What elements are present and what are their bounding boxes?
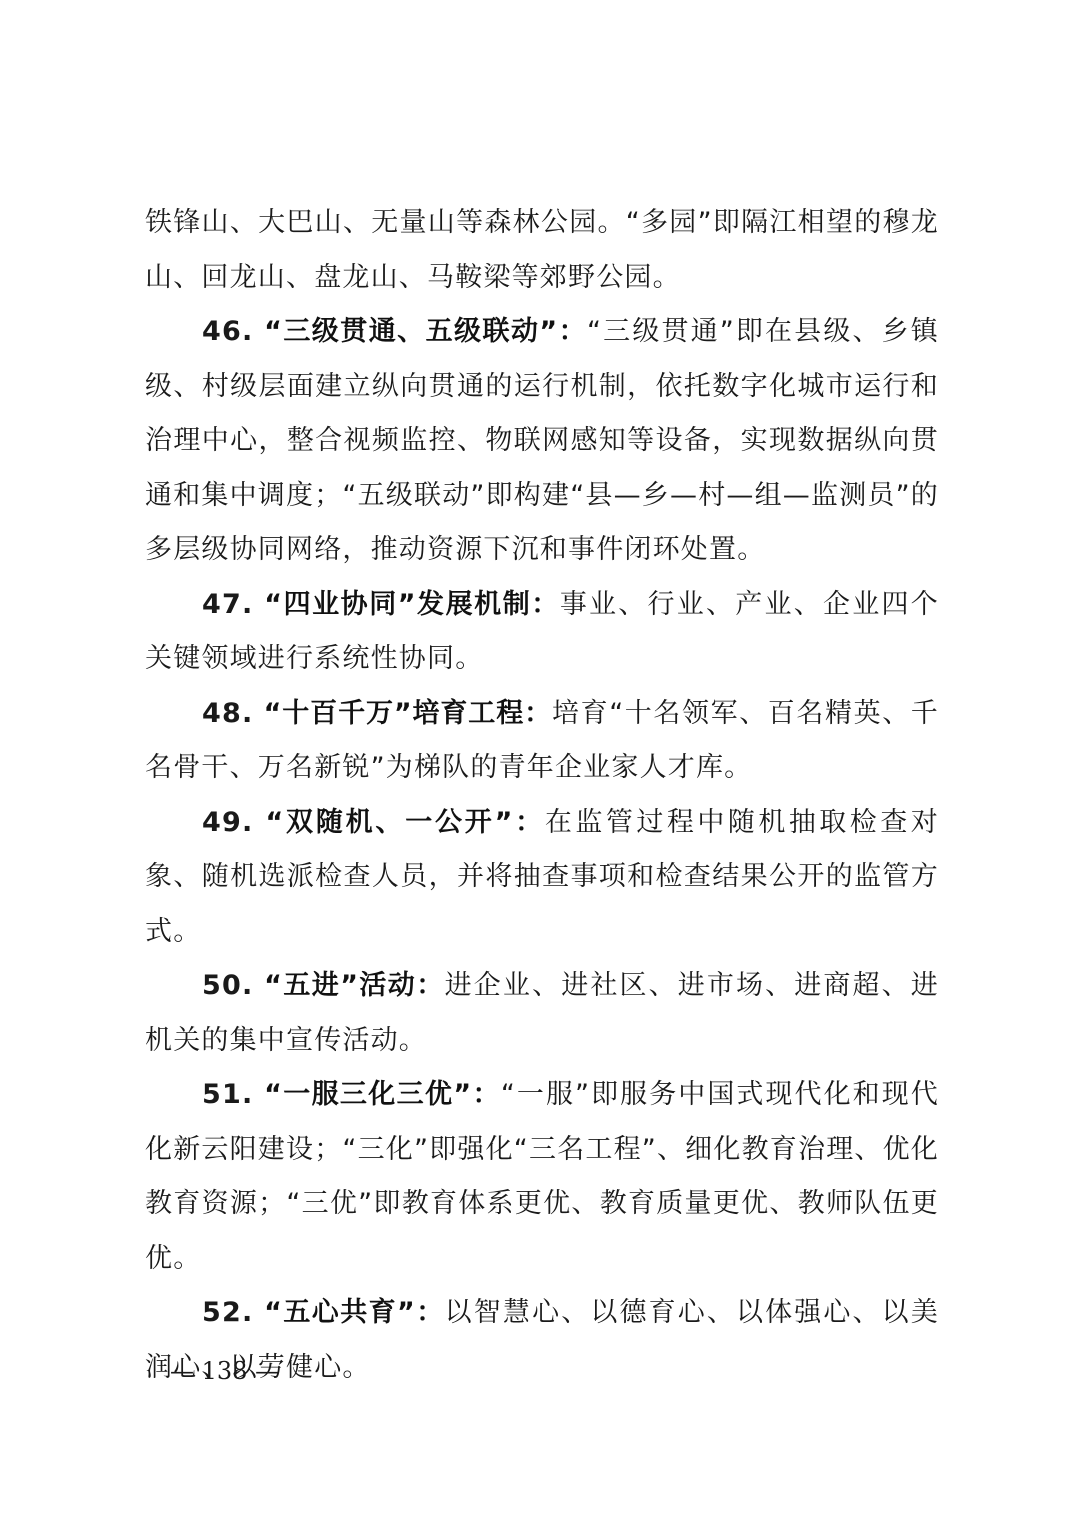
entry-term: “五进”活动： (264, 970, 445, 1001)
entry-number: 51. (202, 1079, 253, 1110)
entry-number: 50. (202, 970, 253, 1001)
entry-term: “一服三化三优”： (264, 1079, 501, 1110)
glossary-entry-47: 47. “四业协同”发展机制：事业、行业、产业、企业四个关键领域进行系统性协同。 (145, 578, 939, 687)
glossary-entry-51: 51. “一服三化三优”：“一服”即服务中国式现代化和现代化新云阳建设；“三化”… (145, 1068, 939, 1286)
entry-term: “十百千万”培育工程： (264, 698, 552, 729)
entry-number: 48. (202, 698, 253, 729)
glossary-entry-49: 49. “双随机、一公开”：在监管过程中随机抽取检查对象、随机选派检查人员，并将… (145, 796, 939, 960)
glossary-entry-48: 48. “十百千万”培育工程：培育“十名领军、百名精英、千名骨干、万名新锐”为梯… (145, 687, 939, 796)
entry-term: “四业协同”发展机制： (264, 589, 560, 620)
document-page: 铁锋山、大巴山、无量山等森林公园。“多园”即隔江相望的穆龙山、回龙山、盘龙山、马… (145, 196, 939, 1395)
entry-number: 49. (202, 807, 253, 838)
entry-number: 52. (202, 1297, 253, 1328)
entry-number: 47. (202, 589, 253, 620)
entry-term: “五心共育”： (264, 1297, 445, 1328)
continuation-paragraph: 铁锋山、大巴山、无量山等森林公园。“多园”即隔江相望的穆龙山、回龙山、盘龙山、马… (145, 196, 939, 305)
entry-term: “双随机、一公开”： (266, 807, 545, 838)
glossary-entry-46: 46. “三级贯通、五级联动”：“三级贯通”即在县级、乡镇级、村级层面建立纵向贯… (145, 305, 939, 578)
entry-number: 46. (202, 316, 253, 347)
page-number: — 138 — (170, 1357, 279, 1385)
glossary-entry-50: 50. “五进”活动：进企业、进社区、进市场、进商超、进机关的集中宣传活动。 (145, 959, 939, 1068)
entry-definition: “三级贯通”即在县级、乡镇级、村级层面建立纵向贯通的运行机制，依托数字化城市运行… (145, 316, 939, 565)
entry-term: “三级贯通、五级联动”： (264, 316, 587, 347)
